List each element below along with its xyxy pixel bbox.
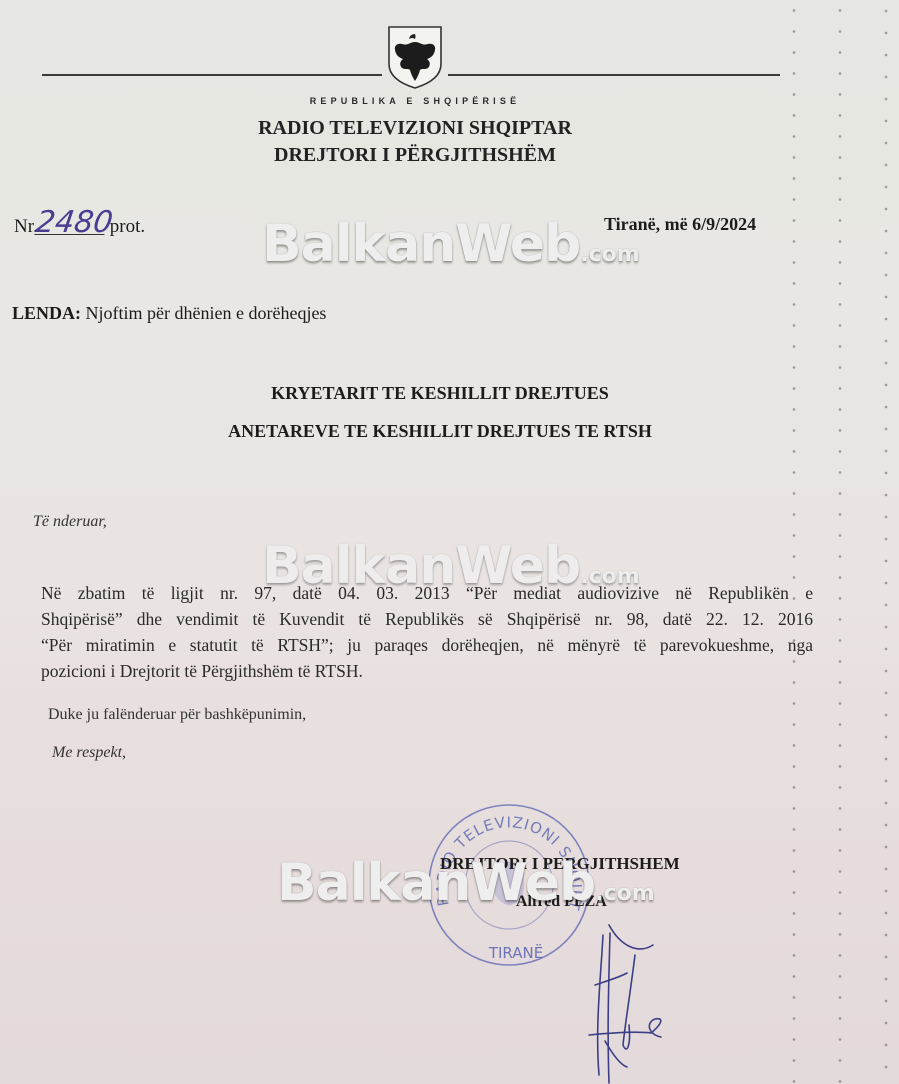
letterhead-rule-right	[448, 74, 780, 76]
body-line: Shqipërisë” dhe vendimit të Kuvendit të …	[41, 606, 813, 632]
subject-line: LENDA: Njoftim për dhënien e dorëheqjes	[12, 303, 326, 324]
balkanweb-watermark: BalkanWeb.com	[262, 540, 640, 592]
addressee-members: ANETAREVE TE KESHILLIT DREJTUES TE RTSH	[0, 421, 880, 442]
subject-text: Njoftim për dhënien e dorëheqjes	[86, 303, 327, 323]
protocol-suffix: prot.	[110, 216, 145, 237]
signature-icon	[565, 915, 675, 1084]
organization-name: RADIO TELEVIZIONI SHQIPTAR	[0, 117, 830, 140]
perforation-dots	[838, 0, 842, 1084]
body-line: pozicioni i Drejtorit të Përgjithshëm të…	[41, 658, 813, 684]
addressee-chairman: KRYETARIT TE KESHILLIT DREJTUES	[0, 383, 880, 404]
perforation-dots	[884, 0, 888, 1084]
subject-label: LENDA:	[12, 303, 81, 323]
republic-heading: REPUBLIKA E SHQIPËRISË	[0, 96, 830, 106]
department-name: DREJTORI I PËRGJITHSHËM	[0, 144, 830, 167]
balkanweb-watermark: BalkanWeb.com	[277, 857, 655, 909]
letterhead-rule-left	[42, 74, 382, 76]
balkanweb-watermark: BalkanWeb.com	[262, 218, 640, 270]
closing: Me respekt,	[52, 744, 126, 762]
thanks-line: Duke ju falënderuar për bashkëpunimin,	[48, 706, 306, 724]
salutation: Të nderuar,	[33, 513, 107, 531]
protocol-number: Nr.2480prot.	[14, 212, 145, 238]
svg-text:TIRANË: TIRANË	[488, 943, 543, 962]
eagle-crest-icon	[386, 24, 444, 90]
protocol-number-handwritten: 2480	[34, 212, 107, 235]
body-line: “Për miratimin e statutit të RTSH”; ju p…	[41, 632, 813, 658]
